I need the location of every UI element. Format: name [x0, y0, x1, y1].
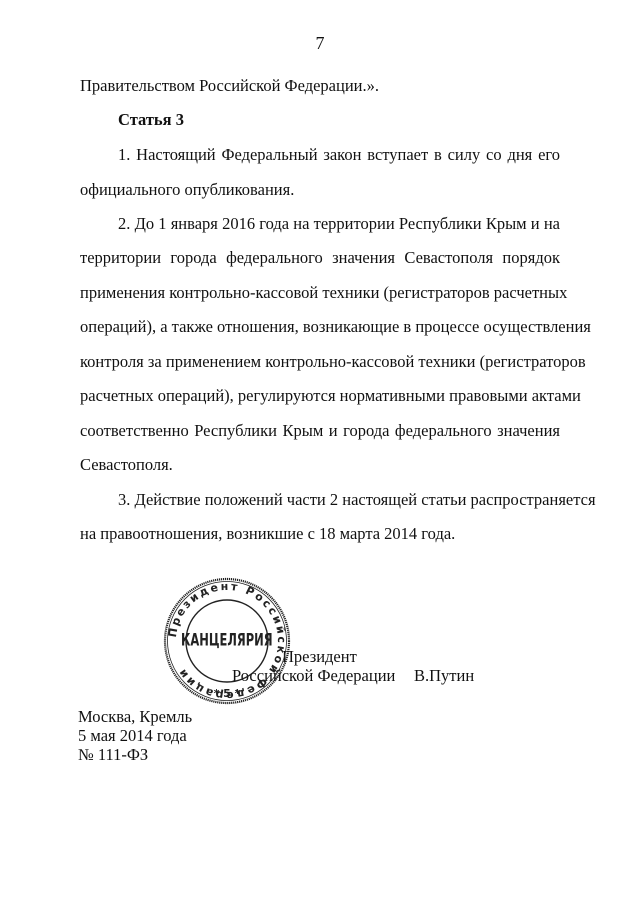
signing-place: Москва, Кремль — [78, 707, 192, 727]
page-number: 7 — [0, 33, 640, 54]
text-line: применения контрольно-кассовой техники (… — [80, 283, 560, 303]
text-line: 1. Настоящий Федеральный закон вступает … — [118, 145, 560, 165]
text-line: Севастополя. — [80, 455, 173, 475]
office-stamp-icon: Президент Российской Федерации КАНЦЕЛЯРИ… — [162, 576, 292, 706]
text-line: на правоотношения, возникшие с 18 марта … — [80, 524, 455, 544]
text-line: расчетных операций), регулируются нормат… — [80, 386, 560, 406]
text-line: территории города федерального значения … — [80, 248, 560, 268]
svg-text:КАНЦЕЛЯРИЯ: КАНЦЕЛЯРИЯ — [181, 632, 273, 651]
text-line: операций), а также отношения, возникающи… — [80, 317, 560, 337]
svg-text:* 5 *: * 5 * — [214, 687, 241, 700]
text-line: Правительством Российской Федерации.». — [80, 76, 560, 96]
text-line: контроля за применением контрольно-кассо… — [80, 352, 560, 372]
text-line: официального опубликования. — [80, 180, 294, 200]
text-line: соответственно Республики Крым и города … — [80, 421, 560, 441]
text-line: 3. Действие положений части 2 настоящей … — [118, 490, 560, 510]
signatory-name: В.Путин — [414, 666, 474, 686]
signing-date: 5 мая 2014 года — [78, 726, 187, 746]
text-line: 2. До 1 января 2016 года на территории Р… — [118, 214, 560, 234]
law-number: № 111-ФЗ — [78, 745, 148, 765]
article-heading: Статья 3 — [118, 110, 184, 130]
signature-title-line1: Президент — [282, 647, 357, 667]
